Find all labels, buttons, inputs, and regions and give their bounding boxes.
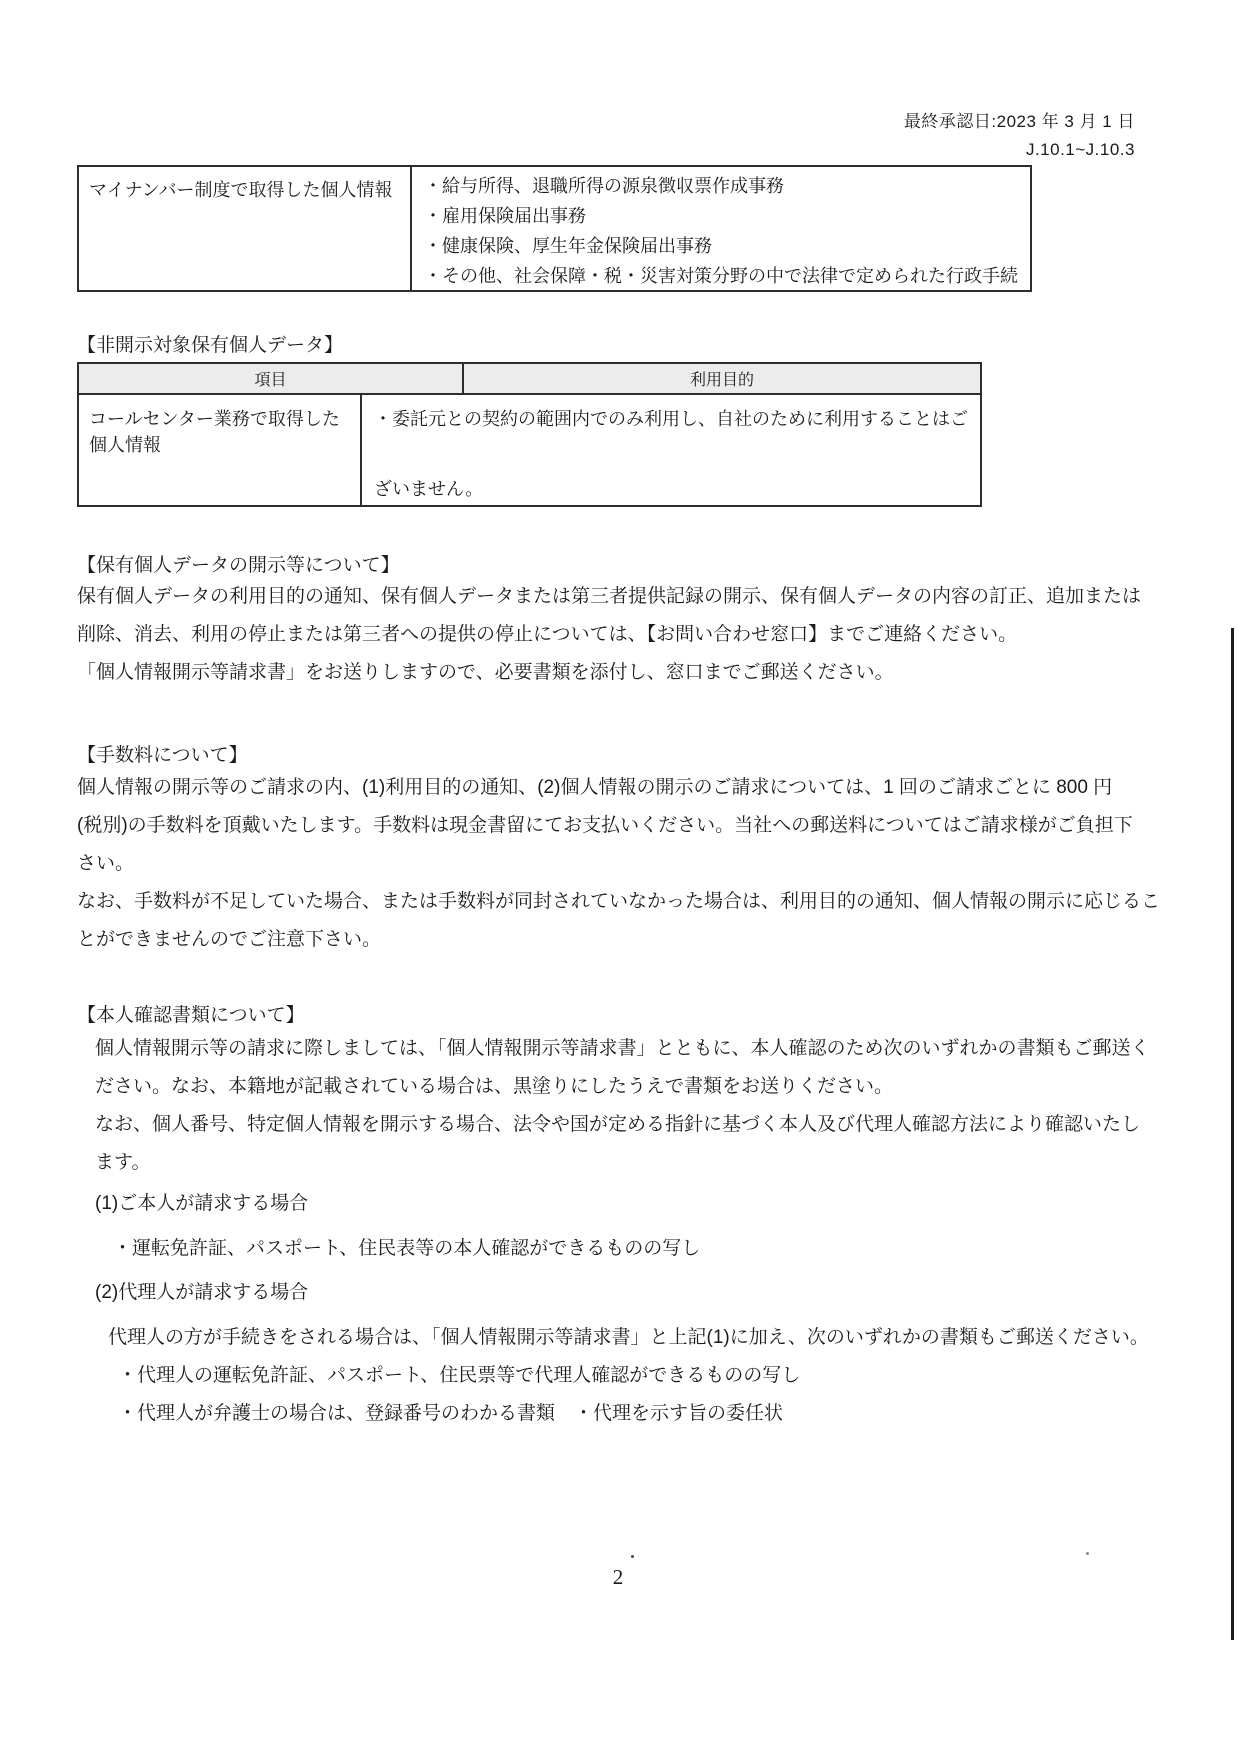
text-line: なお、手数料が不足していた場合、または手数料が同封されていなかった場合は、利用目… xyxy=(77,883,1152,921)
mynumber-purpose-cell: ・給与所得、退職所得の源泉徴収票作成事務 ・雇用保険届出事務 ・健康保険、厚生年… xyxy=(412,167,1030,290)
disclosure-paragraph: 保有個人データの利用目的の通知、保有個人データまたは第三者提供記録の開示、保有個… xyxy=(77,578,1152,692)
mynumber-item-cell: マイナンバー制度で取得した個人情報 xyxy=(79,167,412,290)
case1-label: (1)ご本人が請求する場合 xyxy=(95,1192,308,1216)
doc-code: J.10.1~J.10.3 xyxy=(904,136,1135,164)
disclosure-heading: 【保有個人データの開示等について】 xyxy=(77,550,400,577)
text-line: 保有個人データの利用目的の通知、保有個人データまたは第三者提供記録の開示、保有個… xyxy=(77,578,1152,616)
text-line: 個人情報の開示等のご請求の内、(1)利用目的の通知、(2)個人情報の開示のご請求… xyxy=(77,769,1152,807)
table-row: コールセンター業務で取得した個人情報 ・委託元との契約の範囲内でのみ利用し、自社… xyxy=(79,395,980,505)
purpose-line: ・雇用保険届出事務 xyxy=(424,201,1018,231)
fees-heading: 【手数料について】 xyxy=(77,740,248,767)
text-line: ます。 xyxy=(95,1144,1155,1182)
text-line: とができませんのでご注意下さい。 xyxy=(77,921,1152,959)
case2-label: (2)代理人が請求する場合 xyxy=(95,1281,308,1305)
text-line: なお、個人番号、特定個人情報を開示する場合、法令や国が定める指針に基づく本人及び… xyxy=(95,1106,1155,1144)
purpose-line: ・委託元との契約の範囲内でのみ利用し、自社のために利用することはご xyxy=(374,405,968,431)
identity-paragraph: 個人情報開示等の請求に際しましては、「個人情報開示等請求書」とともに、本人確認の… xyxy=(95,1030,1155,1182)
purpose-line: ・給与所得、退職所得の源泉徴収票作成事務 xyxy=(424,171,1018,201)
non-disclosure-table-header: 項目 利用目的 xyxy=(79,364,980,395)
purpose-line: ・健康保険、厚生年金保険届出事務 xyxy=(424,231,1018,261)
purpose-line: ざいません。 xyxy=(374,475,968,501)
fees-paragraph: 個人情報の開示等のご請求の内、(1)利用目的の通知、(2)個人情報の開示のご請求… xyxy=(77,769,1152,959)
text-line: ださい。なお、本籍地が記載されている場合は、黒塗りにしたうえで書類をお送りくださ… xyxy=(95,1068,1155,1106)
text-line: 個人情報開示等の請求に際しましては、「個人情報開示等請求書」とともに、本人確認の… xyxy=(95,1030,1155,1068)
page-number: 2 xyxy=(598,1565,638,1590)
row-item-cell: コールセンター業務で取得した個人情報 xyxy=(79,395,362,505)
non-disclosure-heading: 【非開示対象保有個人データ】 xyxy=(77,330,343,357)
text-line: さい。 xyxy=(77,845,1152,883)
document-page: 最終承認日:2023 年 3 月 1 日 J.10.1~J.10.3 マイナンバ… xyxy=(0,0,1241,1755)
approval-date: 最終承認日:2023 年 3 月 1 日 xyxy=(904,108,1135,136)
scan-artifact-dot xyxy=(631,1555,634,1558)
mynumber-table: マイナンバー制度で取得した個人情報 ・給与所得、退職所得の源泉徴収票作成事務 ・… xyxy=(77,165,1032,292)
case2-bullet: ・代理人の運転免許証、パスポート、住民票等で代理人確認ができるものの写し xyxy=(118,1364,800,1388)
case2-bullet: ・代理人が弁護士の場合は、登録番号のわかる書類 ・代理を示す旨の委任状 xyxy=(118,1402,783,1426)
document-header: 最終承認日:2023 年 3 月 1 日 J.10.1~J.10.3 xyxy=(904,108,1135,164)
case1-bullet: ・運転免許証、パスポート、住民表等の本人確認ができるものの写し xyxy=(113,1237,700,1261)
text-line: (税別)の手数料を頂戴いたします。手数料は現金書留にてお支払いください。当社への… xyxy=(77,807,1152,845)
text-line: 「個人情報開示等請求書」をお送りしますので、必要書類を添付し、窓口までご郵送くだ… xyxy=(77,654,1152,692)
col-header-purpose: 利用目的 xyxy=(464,364,980,393)
case2-intro: 代理人の方が手続きをされる場合は、「個人情報開示等請求書」と上記(1)に加え、次… xyxy=(108,1326,1149,1350)
purpose-line: ・その他、社会保障・税・災害対策分野の中で法律で定められた行政手続 xyxy=(424,261,1018,291)
identity-heading: 【本人確認書類について】 xyxy=(77,1000,305,1027)
row-purpose-cell: ・委託元との契約の範囲内でのみ利用し、自社のために利用することはご ざいません。 xyxy=(362,395,980,505)
scan-artifact-line xyxy=(1231,628,1234,1640)
text-line: 削除、消去、利用の停止または第三者への提供の停止については、【お問い合わせ窓口】… xyxy=(77,616,1152,654)
col-header-item: 項目 xyxy=(79,364,464,393)
scan-artifact-dot xyxy=(1086,1552,1089,1555)
non-disclosure-table: 項目 利用目的 コールセンター業務で取得した個人情報 ・委託元との契約の範囲内で… xyxy=(77,362,982,507)
